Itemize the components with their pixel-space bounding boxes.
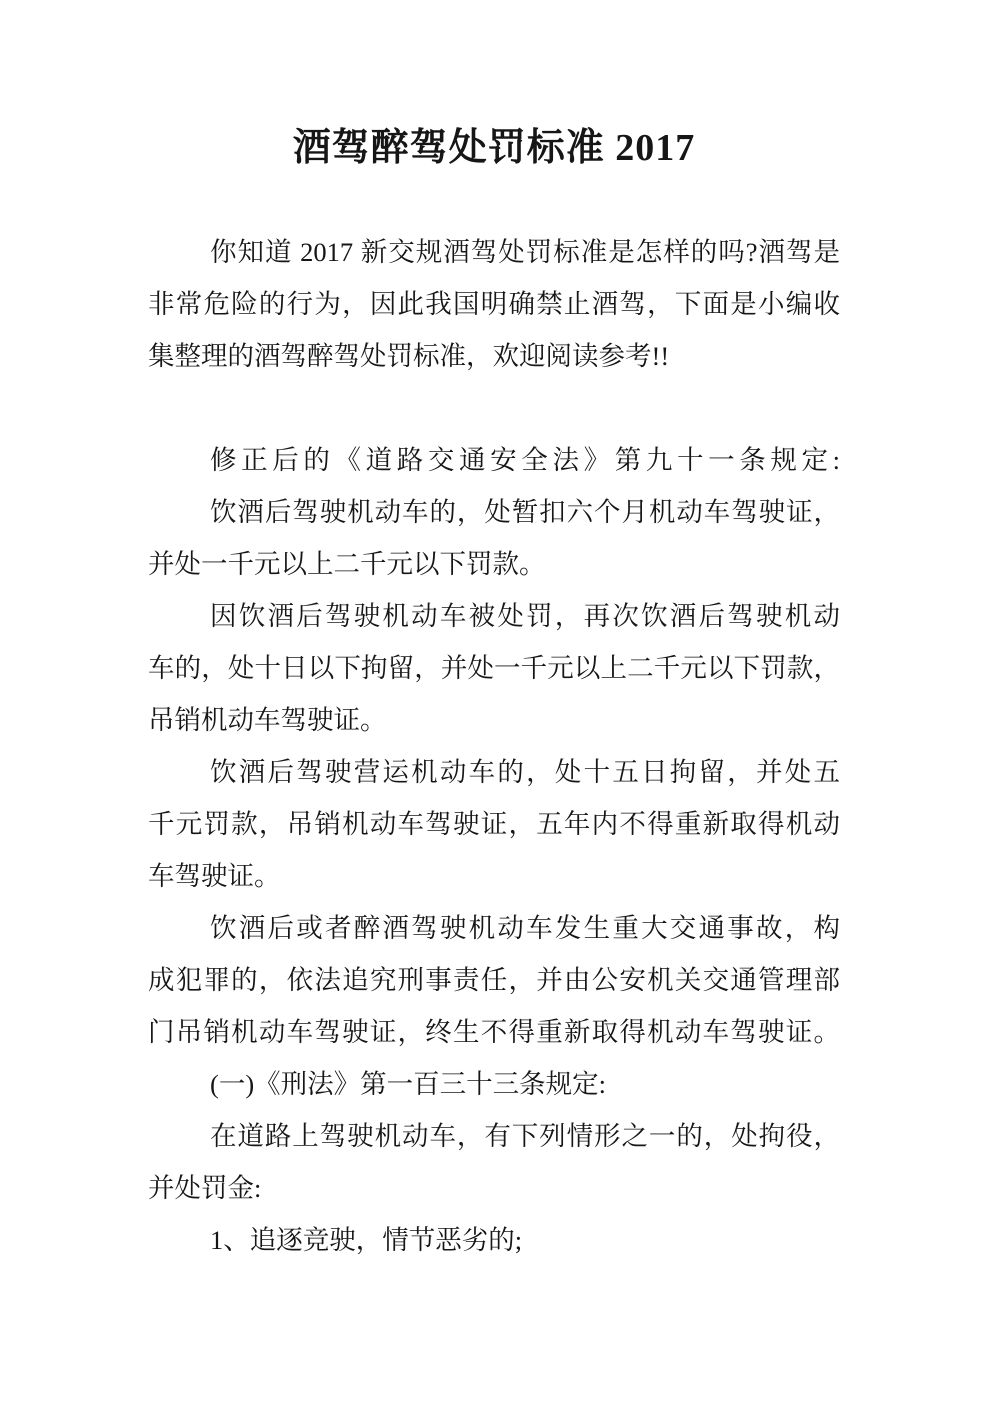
text-line: 并处一千元以上二千元以下罚款。 bbox=[148, 538, 840, 590]
text-line: 集整理的酒驾醉驾处罚标准，欢迎阅读参考!! bbox=[148, 330, 840, 382]
text-line: 非常危险的行为，因此我国明确禁止酒驾，下面是小编收 bbox=[148, 278, 840, 330]
text-line: 吊销机动车驾驶证。 bbox=[148, 694, 840, 746]
text-line: 因饮酒后驾驶机动车被处罚，再次饮酒后驾驶机动 bbox=[148, 590, 840, 642]
text-line: 饮酒后驾驶营运机动车的，处十五日拘留，并处五 bbox=[148, 746, 840, 798]
text-line: 车驾驶证。 bbox=[148, 850, 840, 902]
text-line: (一)《刑法》第一百三十三条规定: bbox=[148, 1058, 840, 1110]
text-line: 在道路上驾驶机动车，有下列情形之一的，处拘役， bbox=[148, 1110, 840, 1162]
text-line: 并处罚金: bbox=[148, 1162, 840, 1214]
text-line: 1、追逐竞驶，情节恶劣的; bbox=[148, 1214, 840, 1266]
blank-line bbox=[148, 174, 840, 226]
text-line: 车的，处十日以下拘留，并处一千元以上二千元以下罚款， bbox=[148, 642, 840, 694]
text-line: 饮酒后驾驶机动车的，处暂扣六个月机动车驾驶证， bbox=[148, 486, 840, 538]
text-line: 你知道 2017 新交规酒驾处罚标准是怎样的吗?酒驾是 bbox=[148, 226, 840, 278]
text-line: 成犯罪的，依法追究刑事责任，并由公安机关交通管理部 bbox=[148, 954, 840, 1006]
text-line: 千元罚款，吊销机动车驾驶证，五年内不得重新取得机动 bbox=[148, 798, 840, 850]
document-body: 你知道 2017 新交规酒驾处罚标准是怎样的吗?酒驾是非常危险的行为，因此我国明… bbox=[148, 174, 840, 1266]
blank-line bbox=[148, 382, 840, 434]
text-line: 门吊销机动车驾驶证，终生不得重新取得机动车驾驶证。 bbox=[148, 1006, 840, 1058]
text-line: 修正后的《道路交通安全法》第九十一条规定: bbox=[148, 434, 840, 486]
text-line: 饮酒后或者醉酒驾驶机动车发生重大交通事故，构 bbox=[148, 902, 840, 954]
document-content: 酒驾醉驾处罚标准 2017 你知道 2017 新交规酒驾处罚标准是怎样的吗?酒驾… bbox=[148, 122, 840, 1266]
document-title: 酒驾醉驾处罚标准 2017 bbox=[148, 122, 840, 174]
document-page: 酒驾醉驾处罚标准 2017 你知道 2017 新交规酒驾处罚标准是怎样的吗?酒驾… bbox=[0, 0, 993, 1404]
